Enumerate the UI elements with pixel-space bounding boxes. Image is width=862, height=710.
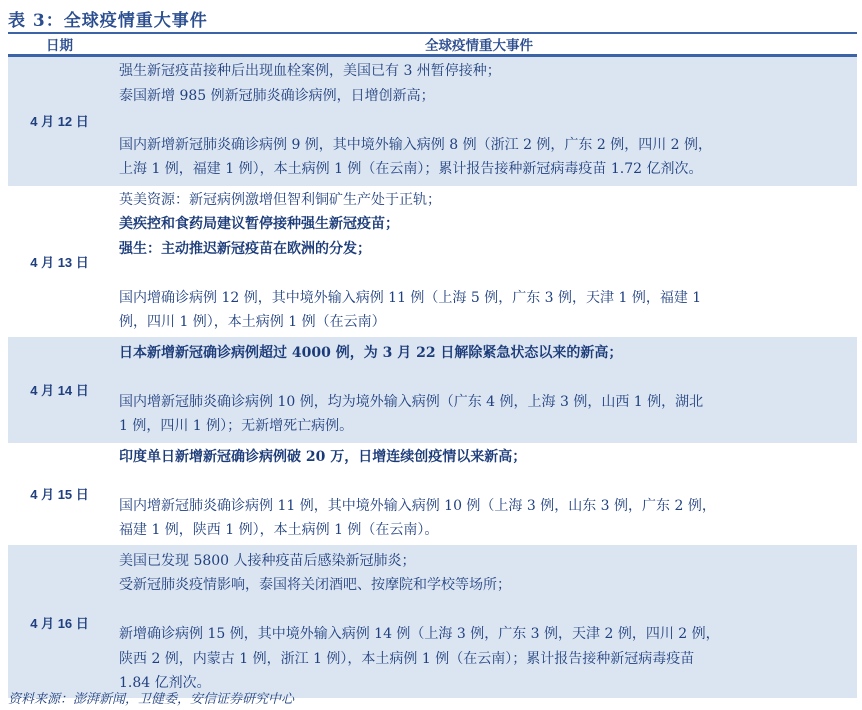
source-note: 资料来源：澎湃新闻，卫健委，安信证券研究中心 [8, 688, 294, 707]
blank-line [119, 598, 857, 623]
blank-line [119, 469, 857, 494]
events-table: 日期 全球疫情重大事件 4 月 12 日强生新冠疫苗接种后出现血栓案例，美国已有… [8, 32, 857, 698]
event-line: 国内增新冠肺炎确诊病例 10 例，均为境外输入病例（广东 4 例，上海 3 例，… [119, 390, 857, 415]
event-line: 1 例，四川 1 例）；无新增死亡病例。 [119, 414, 857, 439]
event-line: 印度单日新增新冠确诊病例破 20 万，日增连续创疫情以来新高； [119, 445, 857, 470]
event-line: 国内新增新冠肺炎确诊病例 9 例，其中境外输入病例 8 例（浙江 2 例，广东 … [119, 133, 857, 158]
event-line: 国内增确诊病例 12 例，其中境外输入病例 11 例（上海 5 例，广东 3 例… [119, 286, 857, 311]
event-line: 例，四川 1 例），本土病例 1 例（在云南） [119, 310, 857, 335]
row-events: 强生新冠疫苗接种后出现血栓案例，美国已有 3 州暂停接种；泰国新增 985 例新… [111, 57, 857, 184]
row-date: 4 月 12 日 [8, 57, 111, 184]
table-row: 4 月 12 日强生新冠疫苗接种后出现血栓案例，美国已有 3 州暂停接种；泰国新… [8, 57, 857, 184]
event-line: 美疾控和食药局建议暂停接种强生新冠疫苗； [119, 212, 857, 237]
row-events: 英美资源：新冠病例激增但智利铜矿生产处于正轨；美疾控和食药局建议暂停接种强生新冠… [111, 186, 857, 337]
header-date: 日期 [8, 34, 111, 54]
row-date: 4 月 15 日 [8, 443, 111, 545]
table-header: 日期 全球疫情重大事件 [8, 34, 857, 54]
blank-line [119, 365, 857, 390]
blank-line [119, 108, 857, 133]
header-events: 全球疫情重大事件 [111, 34, 857, 54]
event-line: 福建 1 例，陕西 1 例），本土病例 1 例（在云南）。 [119, 518, 857, 543]
event-line: 国内增新冠肺炎确诊病例 11 例，其中境外输入病例 10 例（上海 3 例，山东… [119, 494, 857, 519]
event-line: 日本新增新冠确诊病例超过 4000 例，为 3 月 22 日解除紧急状态以来的新… [119, 341, 857, 366]
row-date: 4 月 16 日 [8, 547, 111, 698]
event-line: 陕西 2 例，内蒙古 1 例，浙江 1 例），本土病例 1 例（在云南）；累计报… [119, 647, 857, 672]
table-row: 4 月 15 日印度单日新增新冠确诊病例破 20 万，日增连续创疫情以来新高；国… [8, 443, 857, 545]
table-row: 4 月 14 日日本新增新冠确诊病例超过 4000 例，为 3 月 22 日解除… [8, 339, 857, 441]
row-date: 4 月 14 日 [8, 339, 111, 441]
event-line: 受新冠肺炎疫情影响，泰国将关闭酒吧、按摩院和学校等场所； [119, 573, 857, 598]
table-row: 4 月 16 日美国已发现 5800 人接种疫苗后感染新冠肺炎；受新冠肺炎疫情影… [8, 547, 857, 698]
table-body: 4 月 12 日强生新冠疫苗接种后出现血栓案例，美国已有 3 州暂停接种；泰国新… [8, 57, 857, 698]
event-line: 美国已发现 5800 人接种疫苗后感染新冠肺炎； [119, 549, 857, 574]
event-line: 英美资源：新冠病例激增但智利铜矿生产处于正轨； [119, 188, 857, 213]
event-line: 新增确诊病例 15 例，其中境外输入病例 14 例（上海 3 例，广东 3 例，… [119, 622, 857, 647]
table-row: 4 月 13 日英美资源：新冠病例激增但智利铜矿生产处于正轨；美疾控和食药局建议… [8, 186, 857, 337]
row-events: 印度单日新增新冠确诊病例破 20 万，日增连续创疫情以来新高；国内增新冠肺炎确诊… [111, 443, 857, 545]
event-line: 泰国新增 985 例新冠肺炎确诊病例，日增创新高； [119, 84, 857, 109]
blank-line [119, 261, 857, 286]
event-line: 强生：主动推迟新冠疫苗在欧洲的分发； [119, 237, 857, 262]
table-title: 表 3：全球疫情重大事件 [8, 6, 208, 31]
event-line: 上海 1 例，福建 1 例），本土病例 1 例（在云南）；累计报告接种新冠病毒疫… [119, 157, 857, 182]
row-events: 美国已发现 5800 人接种疫苗后感染新冠肺炎；受新冠肺炎疫情影响，泰国将关闭酒… [111, 547, 857, 698]
event-line: 强生新冠疫苗接种后出现血栓案例，美国已有 3 州暂停接种； [119, 59, 857, 84]
row-date: 4 月 13 日 [8, 186, 111, 337]
row-events: 日本新增新冠确诊病例超过 4000 例，为 3 月 22 日解除紧急状态以来的新… [111, 339, 857, 441]
